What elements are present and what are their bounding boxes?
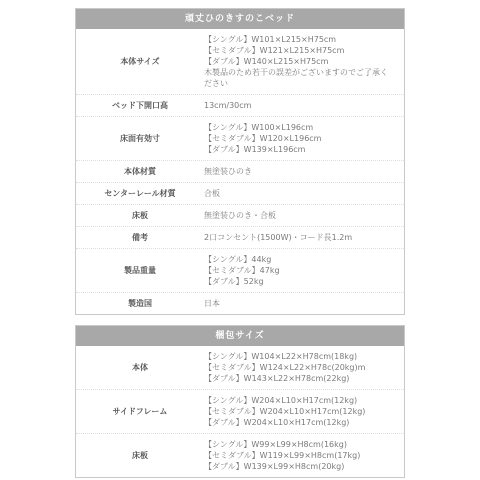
row-value: 無塗装ひのき・合板 (204, 210, 404, 221)
value-line: 【シングル】W99×L99×H8cm(16kg) (204, 439, 394, 450)
table-row: 製造国 日本 (76, 292, 404, 314)
row-value: 日本 (204, 298, 404, 309)
value-line: 無塗装ひのき (204, 166, 394, 177)
value-line: 【シングル】44kg (204, 254, 394, 265)
value-line: 【ダブル】W204×L10×H17cm(12kg) (204, 417, 394, 428)
row-label: 床板 (76, 450, 204, 461)
row-label: 本体サイズ (76, 56, 204, 67)
spec-table-packaging: 梱包サイズ 本体 【シングル】W104×L22×H78cm(18kg) 【セミダ… (75, 325, 405, 478)
row-label: 備考 (76, 232, 204, 243)
row-label: 本体 (76, 362, 204, 373)
table-row: 備考 2口コンセント(1500W)・コード長1.2m (76, 226, 404, 248)
spec-table-main: 頑丈ひのきすのこベッド 本体サイズ 【シングル】W101×L215×H75cm … (75, 8, 405, 315)
table-row: 製品重量 【シングル】44kg 【セミダブル】47kg 【ダブル】52kg (76, 248, 404, 292)
row-label: 床板 (76, 210, 204, 221)
table-row: センターレール材質 合板 (76, 182, 404, 204)
value-line: 【セミダブル】W120×L196cm (204, 133, 394, 144)
table-row: サイドフレーム 【シングル】W204×L10×H17cm(12kg) 【セミダブ… (76, 389, 404, 433)
spec-table-main-title: 頑丈ひのきすのこベッド (76, 9, 404, 29)
value-line: 2口コンセント(1500W)・コード長1.2m (204, 232, 394, 243)
row-value: 合板 (204, 188, 404, 199)
value-line: 【セミダブル】47kg (204, 265, 394, 276)
value-line: 【セミダブル】W124×L22×H78c(20kg)m (204, 362, 394, 373)
table-row: ベッド下開口高 13cm/30cm (76, 94, 404, 116)
table-row: 床板 無塗装ひのき・合板 (76, 204, 404, 226)
value-line: 日本 (204, 298, 394, 309)
row-label: 本体材質 (76, 166, 204, 177)
value-line: 【ダブル】W140×L215×H75cm (204, 56, 394, 67)
spec-table-packaging-title: 梱包サイズ (76, 326, 404, 346)
value-line: 【シングル】W204×L10×H17cm(12kg) (204, 395, 394, 406)
value-line: 【ダブル】W139×L196cm (204, 144, 394, 155)
row-value: 【シングル】44kg 【セミダブル】47kg 【ダブル】52kg (204, 254, 404, 287)
table-row: 本体サイズ 【シングル】W101×L215×H75cm 【セミダブル】W121×… (76, 29, 404, 94)
row-value: 2口コンセント(1500W)・コード長1.2m (204, 232, 404, 243)
row-label: センターレール材質 (76, 188, 204, 199)
value-note: 木製品のため若干の誤差がございますのでご了承ください (204, 67, 394, 89)
row-label: 製造国 (76, 298, 204, 309)
value-line: 【ダブル】52kg (204, 276, 394, 287)
row-value: 【シングル】W204×L10×H17cm(12kg) 【セミダブル】W204×L… (204, 395, 404, 428)
row-label: サイドフレーム (76, 406, 204, 417)
row-value: 【シングル】W101×L215×H75cm 【セミダブル】W121×L215×H… (204, 34, 404, 89)
value-line: 【セミダブル】W121×L215×H75cm (204, 45, 394, 56)
row-value: 【シングル】W100×L196cm 【セミダブル】W120×L196cm 【ダブ… (204, 122, 404, 155)
row-value: 【シングル】W104×L22×H78cm(18kg) 【セミダブル】W124×L… (204, 351, 404, 384)
row-label: 製品重量 (76, 265, 204, 276)
table-row: 本体 【シングル】W104×L22×H78cm(18kg) 【セミダブル】W12… (76, 346, 404, 389)
value-line: 【シングル】W104×L22×H78cm(18kg) (204, 351, 394, 362)
product-spec-page: 頑丈ひのきすのこベッド 本体サイズ 【シングル】W101×L215×H75cm … (0, 0, 480, 480)
table-row: 本体材質 無塗装ひのき (76, 160, 404, 182)
value-line: 無塗装ひのき・合板 (204, 210, 394, 221)
value-line: 13cm/30cm (204, 100, 394, 111)
value-line: 【シングル】W101×L215×H75cm (204, 34, 394, 45)
row-value: 【シングル】W99×L99×H8cm(16kg) 【セミダブル】W119×L99… (204, 439, 404, 472)
row-value: 無塗装ひのき (204, 166, 404, 177)
value-line: 【ダブル】W139×L99×H8cm(20kg) (204, 461, 394, 472)
row-label: 床面有効寸 (76, 133, 204, 144)
row-label: ベッド下開口高 (76, 100, 204, 111)
value-line: 【セミダブル】W119×L99×H8cm(17kg) (204, 450, 394, 461)
table-row: 床板 【シングル】W99×L99×H8cm(16kg) 【セミダブル】W119×… (76, 433, 404, 477)
table-row: 床面有効寸 【シングル】W100×L196cm 【セミダブル】W120×L196… (76, 116, 404, 160)
row-value: 13cm/30cm (204, 100, 404, 111)
value-line: 【セミダブル】W204×L10×H17cm(12kg) (204, 406, 394, 417)
value-line: 【ダブル】W143×L22×H78cm(22kg) (204, 373, 394, 384)
value-line: 【シングル】W100×L196cm (204, 122, 394, 133)
value-line: 合板 (204, 188, 394, 199)
